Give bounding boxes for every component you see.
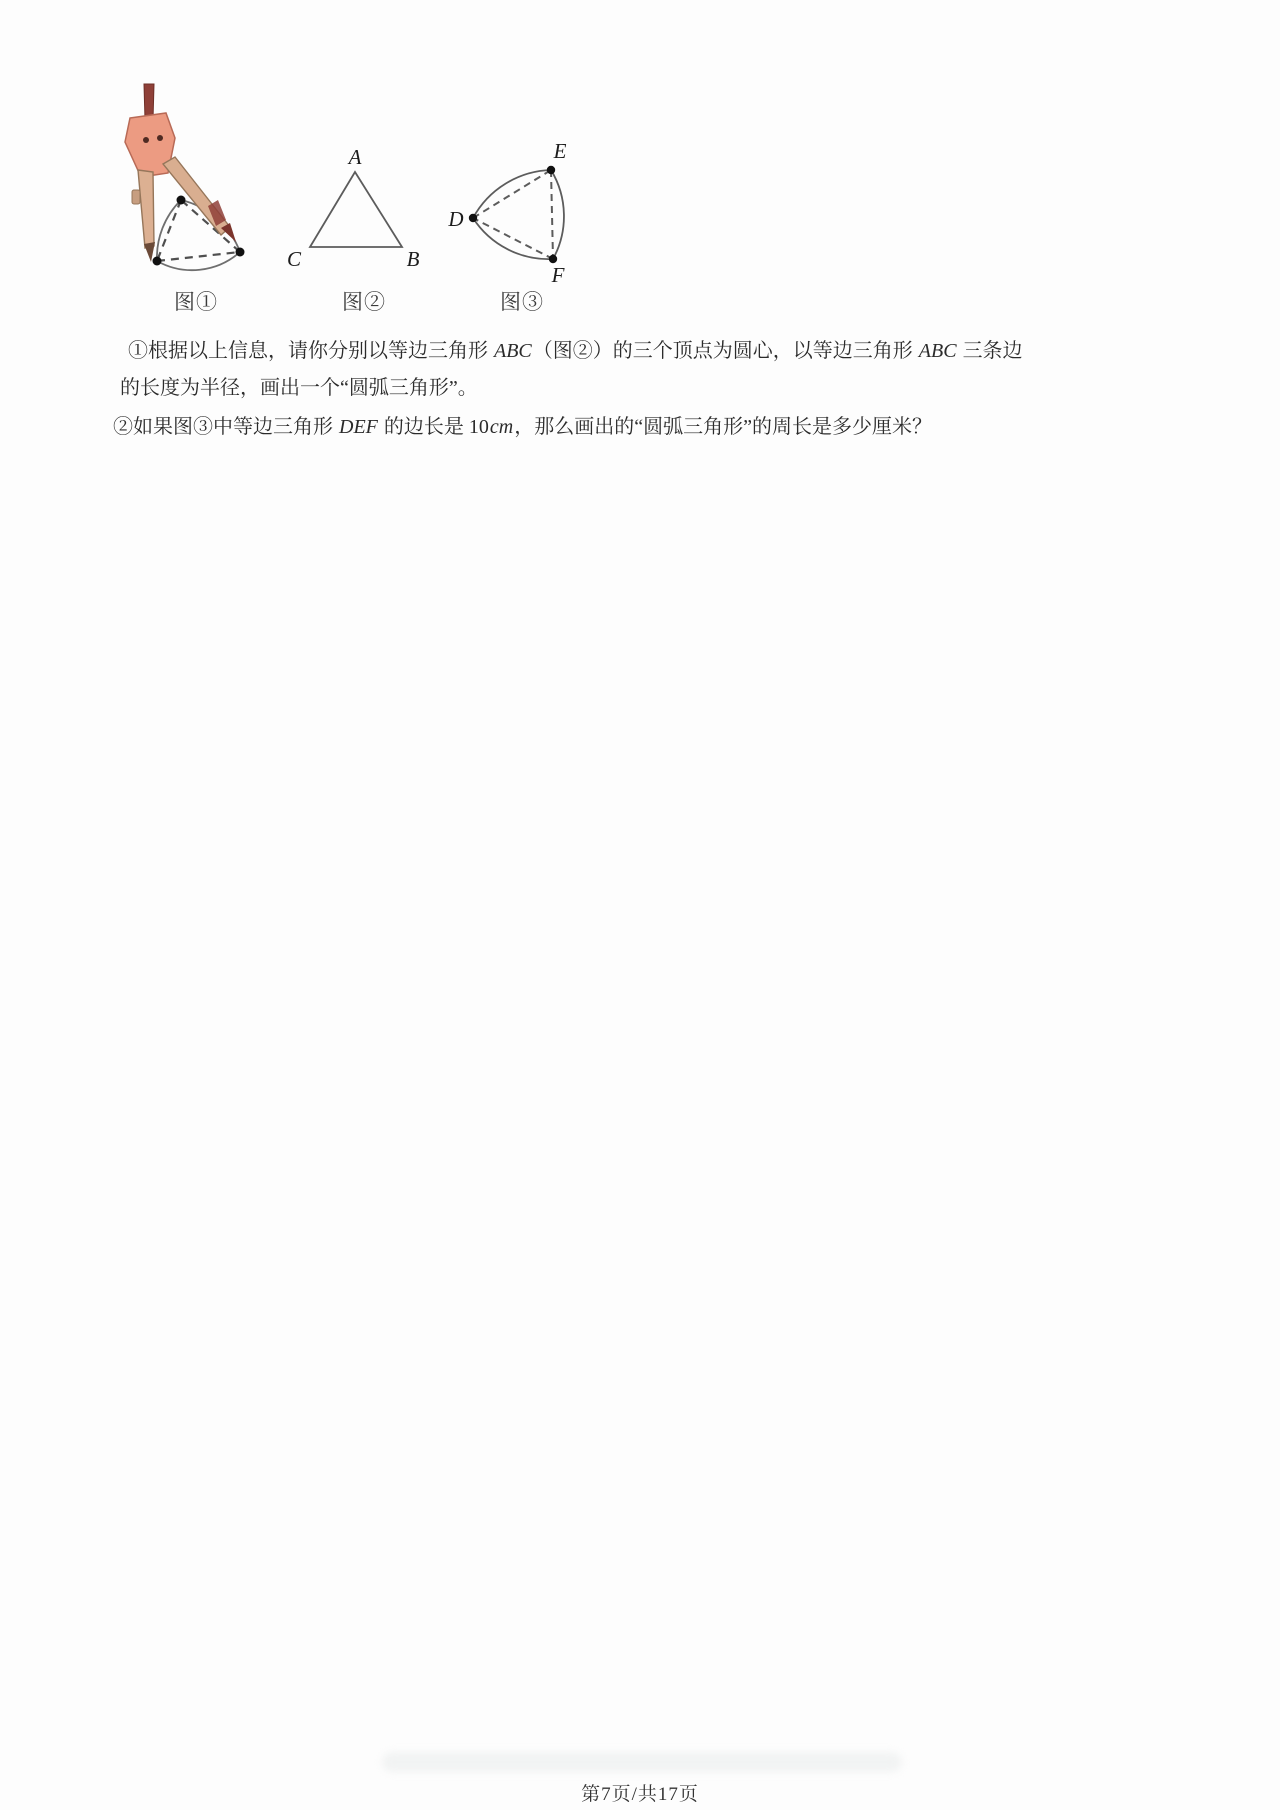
q2-text-1: ②如果图③中等边三角形 xyxy=(113,416,338,438)
drawn-arcs xyxy=(157,200,240,270)
label-B: B xyxy=(407,247,420,271)
figure-reuleaux-def: D E F xyxy=(438,112,583,287)
label-D: D xyxy=(447,207,463,231)
q2-cm: cm xyxy=(489,416,514,438)
question2-line: ②如果图③中等边三角形 DEF 的边长是 10cm，那么画出的“圆弧三角形”的周… xyxy=(113,410,932,439)
compass-icon xyxy=(125,84,236,262)
label-A: A xyxy=(347,145,362,169)
label-C: C xyxy=(287,247,302,271)
triangle-outline xyxy=(310,172,402,247)
q1-abc-1: ABC xyxy=(493,340,533,362)
q2-text-3: ，那么画出的“圆弧三角形”的周长是多少厘米？ xyxy=(514,416,932,438)
q2-def: DEF xyxy=(338,416,379,438)
figure-compass-construction xyxy=(108,80,248,290)
label-E: E xyxy=(553,139,567,163)
question1-line2: 的长度为半径，画出一个“圆弧三角形”。 xyxy=(120,371,478,400)
scan-artifact xyxy=(382,1752,902,1772)
question1-line1: ①根据以上信息，请你分别以等边三角形 ABC（图②）的三个顶点为圆心，以等边三角… xyxy=(128,334,1023,363)
page-number-indicator: 第7页/共17页 xyxy=(0,1779,1280,1806)
q1-text-3: 三条边 xyxy=(958,340,1023,362)
q1-text-2: （图②）的三个顶点为圆心，以等边三角形 xyxy=(533,340,918,362)
caption-fig2: 图② xyxy=(314,286,414,316)
label-F: F xyxy=(551,263,565,287)
q2-text-2: 的边长是 10 xyxy=(379,416,489,438)
q1-text-4: 的长度为半径，画出一个“圆弧三角形”。 xyxy=(120,377,478,399)
dashed-chords xyxy=(473,170,553,259)
q1-text-1: ①根据以上信息，请你分别以等边三角形 xyxy=(128,340,493,362)
caption-fig1: 图① xyxy=(146,286,246,316)
q1-abc-2: ABC xyxy=(918,340,958,362)
caption-fig3: 图③ xyxy=(472,286,572,316)
figure-triangle-abc: A C B xyxy=(280,138,440,278)
